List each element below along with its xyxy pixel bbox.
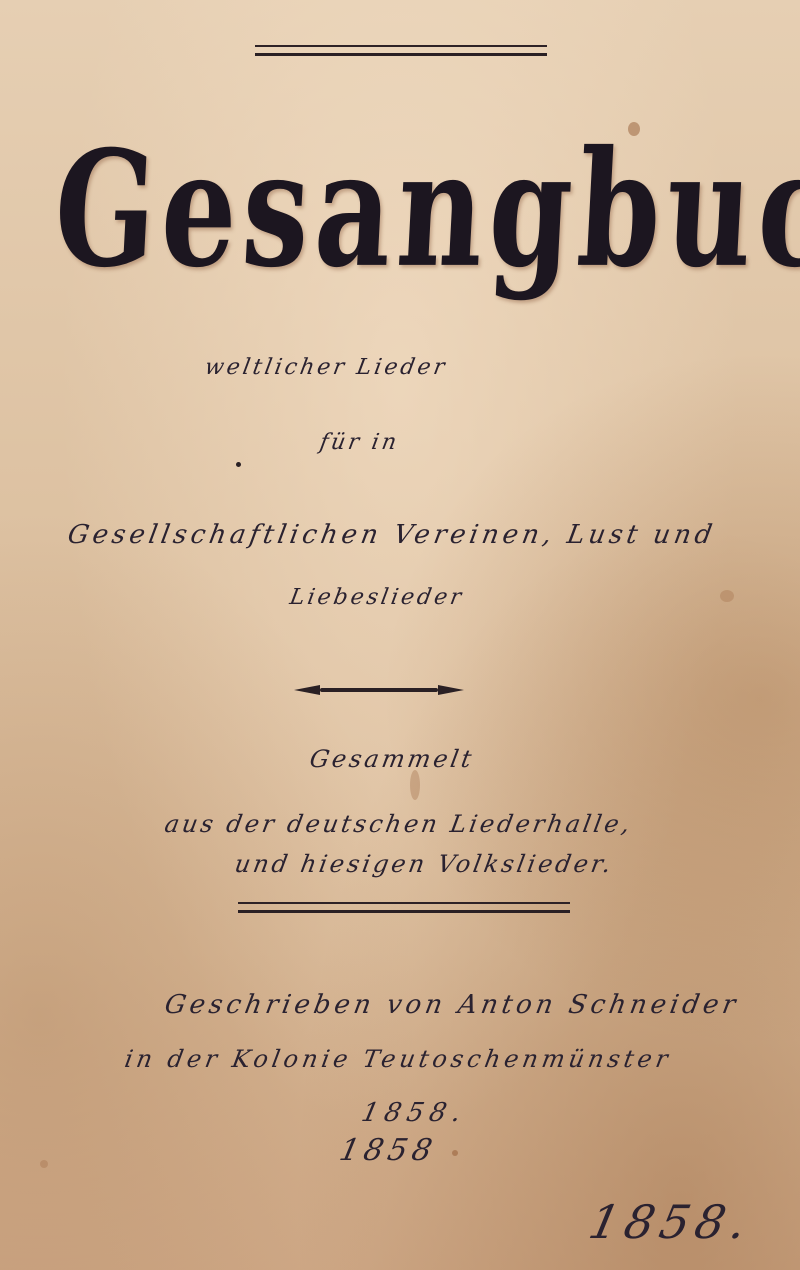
- ink-stain: [40, 1160, 48, 1168]
- bottom-double-rule: [238, 902, 570, 913]
- manuscript-page: Gesangbuch, weltlicher Lieder für in Ges…: [0, 0, 800, 1270]
- subtitle-line: Gesellschaftlichen Vereinen, Lust und: [65, 520, 718, 550]
- page-title: Gesangbuch,: [50, 115, 780, 303]
- collected-line: aus der deutschen Liederhalle,: [163, 810, 635, 838]
- subtitle-line: für in: [318, 430, 401, 455]
- ink-stain: [720, 590, 734, 602]
- ink-stain: [410, 770, 420, 800]
- date-text: 1858: [336, 1133, 440, 1168]
- ornamental-divider: [320, 688, 438, 692]
- ink-dot: [236, 462, 241, 467]
- top-double-rule: [255, 45, 547, 56]
- date-text: 1858.: [584, 1195, 757, 1249]
- location-line: in der Kolonie Teutoschenmünster: [123, 1045, 674, 1073]
- date-text: 1858.: [359, 1098, 470, 1128]
- subtitle-line: Liebeslieder: [288, 585, 466, 610]
- collected-line: Gesammelt: [308, 745, 477, 773]
- collected-line: und hiesigen Volkslieder.: [233, 850, 617, 878]
- subtitle-line: weltlicher Lieder: [203, 355, 450, 380]
- author-line: Geschrieben von Anton Schneider: [162, 990, 741, 1020]
- ink-stain: [452, 1150, 458, 1156]
